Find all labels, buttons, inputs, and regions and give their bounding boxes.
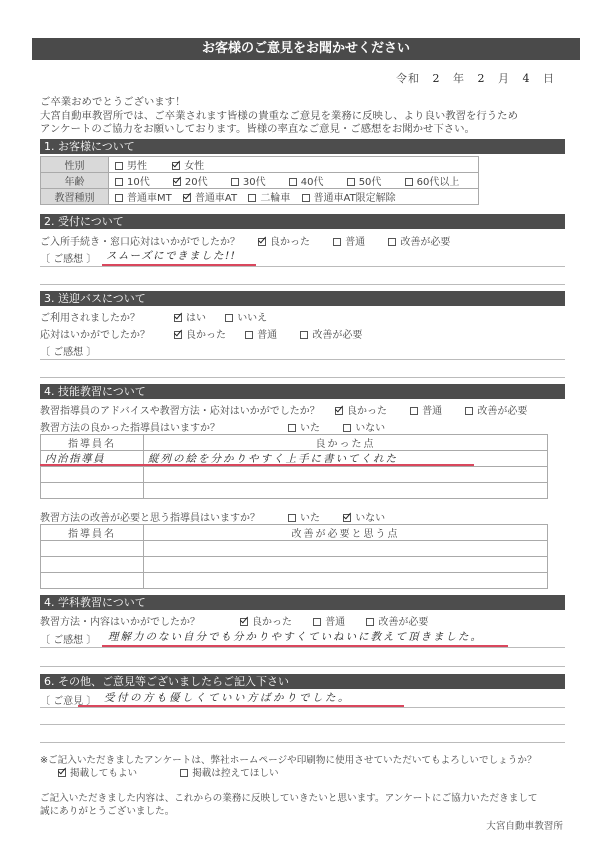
checkbox-instructor-needs-improvement[interactable]	[465, 407, 473, 415]
date-day[interactable]: 4	[523, 72, 531, 85]
option-male[interactable]: 男性	[115, 157, 147, 172]
section-3-header: 3. 送迎バスについて	[40, 291, 565, 306]
col-instructor-name: 指導員名	[41, 525, 144, 541]
checkbox-instructor-good[interactable]	[335, 407, 343, 415]
instructor-name-cell[interactable]	[41, 573, 144, 589]
comment-rule	[40, 377, 565, 378]
improve-instructor-options: いた いない	[288, 509, 397, 524]
table-row	[41, 467, 548, 483]
bus-comment-label: 〔 ご感想 〕	[40, 343, 96, 358]
option-lecture-needs-improvement[interactable]: 改善が必要	[366, 613, 428, 628]
good-instructor-table: 指導員名 良かった点 内治指導員 縦列の絵を分かりやすく上手に書いてくれた	[40, 434, 548, 499]
bus-used-question: ご利用されましたか？	[40, 309, 140, 324]
lecture-options: 良かった 普通 改善が必要	[240, 613, 440, 628]
improvement-point-cell[interactable]	[144, 557, 548, 573]
checkbox-lecture-good[interactable]	[240, 618, 248, 626]
option-age-50s[interactable]: 50代	[347, 173, 382, 188]
instructor-name-cell[interactable]	[41, 557, 144, 573]
good-instructor-options: いた いない	[288, 419, 397, 434]
improve-instructor-question: 教習方法の改善が必要と思う指導員はいますか？	[40, 509, 260, 524]
age-label: 年齢	[41, 173, 109, 189]
table-row	[41, 541, 548, 557]
form-title: お客様のご意見をお聞かせください	[32, 38, 580, 60]
date-line: 令和 2 年 2 月 4 日	[396, 70, 555, 86]
bus-service-options: 良かった 普通 改善が必要	[174, 326, 374, 341]
section-2-header: 2. 受付について	[40, 214, 565, 229]
option-standard-at[interactable]: 普通車AT	[183, 189, 237, 204]
lecture-comment[interactable]: 理解力のない自分でも分かりやすくていねいに教えて頂きました。	[108, 629, 483, 644]
option-at-limit-removal[interactable]: 普通車AT限定解除	[302, 189, 396, 204]
date-month-unit: 月	[498, 72, 510, 85]
table-header-row: 指導員名 改善が必要と思う点	[41, 525, 548, 541]
option-lecture-good[interactable]: 良かった	[240, 613, 292, 628]
option-good-instructor-no[interactable]: いない	[343, 419, 385, 434]
checkbox-motorcycle[interactable]	[248, 194, 256, 202]
date-year[interactable]: 2	[433, 72, 441, 85]
option-bus-needs-improvement[interactable]: 改善が必要	[300, 326, 362, 341]
checkbox-standard-mt[interactable]	[115, 194, 123, 202]
option-age-60s-plus[interactable]: 60代以上	[405, 173, 460, 188]
instructor-name-cell[interactable]	[41, 467, 144, 483]
checkbox-instructor-normal[interactable]	[410, 407, 418, 415]
comment-rule	[40, 266, 565, 267]
option-instructor-normal[interactable]: 普通	[410, 402, 442, 417]
date-day-unit: 日	[543, 72, 555, 85]
checkbox-bus-good[interactable]	[174, 331, 182, 339]
course-type-row: 教習種別 普通車MT 普通車AT 二輪車 普通車AT限定解除	[41, 189, 479, 205]
signature: 大宮自動車教習所	[486, 818, 563, 832]
checkbox-bus-needs-improvement[interactable]	[300, 331, 308, 339]
option-improve-instructor-yes[interactable]: いた	[288, 509, 320, 524]
date-month[interactable]: 2	[478, 72, 486, 85]
lecture-question: 教習方法・内容はいかがでしたか？	[40, 613, 200, 628]
table-row	[41, 483, 548, 499]
table-row	[41, 573, 548, 589]
date-year-unit: 年	[453, 72, 465, 85]
section-6-header: 6. その他、ご意見等ございましたらご記入下さい	[40, 674, 565, 689]
option-motorcycle[interactable]: 二輪車	[248, 189, 290, 204]
comment-rule	[40, 707, 565, 708]
good-point-cell[interactable]	[144, 467, 548, 483]
bus-service-question: 応対はいかがでしたか？	[40, 326, 150, 341]
option-bus-no[interactable]: いいえ	[225, 309, 267, 324]
improvement-point-cell[interactable]	[144, 541, 548, 557]
checkbox-reception-needs-improvement[interactable]	[388, 238, 396, 246]
table-row	[41, 557, 548, 573]
course-type-label: 教習種別	[41, 189, 109, 205]
option-consent-allow[interactable]: 掲載してもよい	[58, 765, 137, 779]
comment-rule	[40, 742, 565, 743]
comment-rule	[40, 647, 565, 648]
checkbox-age-60s-plus[interactable]	[405, 178, 413, 186]
reception-question: ご入所手続き・窓口応対はいかがでしたか？	[40, 233, 240, 248]
intro-text: ご卒業おめでとうございます！大宮自動車教習所では、ご卒業されます皆様の貴重なご意…	[40, 96, 518, 137]
intro-line-2: 大宮自動車教習所では、ご卒業されます皆様の貴重なご意見を業務に反映し、より良い教…	[40, 110, 518, 124]
improvement-point-cell[interactable]	[144, 573, 548, 589]
option-reception-needs-improvement[interactable]: 改善が必要	[388, 233, 450, 248]
checkbox-bus-no[interactable]	[225, 314, 233, 322]
comment-rule	[40, 284, 565, 285]
age-row: 年齢 10代 20代 30代 40代 50代 60代以上	[41, 173, 479, 189]
option-bus-yes[interactable]: はい	[174, 309, 206, 324]
option-age-30s[interactable]: 30代	[231, 173, 266, 188]
option-lecture-normal[interactable]: 普通	[313, 613, 345, 628]
option-age-10s[interactable]: 10代	[115, 173, 150, 188]
reception-comment-label: 〔 ご感想 〕	[40, 250, 96, 265]
intro-line-1: ご卒業おめでとうございます！	[40, 96, 518, 110]
checkbox-age-50s[interactable]	[347, 178, 355, 186]
option-age-40s[interactable]: 40代	[289, 173, 324, 188]
checkbox-male[interactable]	[115, 162, 123, 170]
checkbox-female[interactable]	[172, 162, 180, 170]
section-5-header: 4. 学科教習について	[40, 595, 565, 610]
comment-rule	[40, 359, 565, 360]
lecture-comment-label: 〔 ご感想 〕	[40, 631, 96, 646]
option-instructor-good[interactable]: 良かった	[335, 402, 387, 417]
option-good-instructor-yes[interactable]: いた	[288, 419, 320, 434]
closing-line-1: ご記入いただきました内容は、これからの業務に反映していきたいと思います。アンケー…	[40, 790, 538, 804]
table-header-row: 指導員名 良かった点	[41, 435, 548, 451]
checkbox-lecture-needs-improvement[interactable]	[366, 618, 374, 626]
consent-options: 掲載してもよい 掲載は控えてほしい	[58, 765, 291, 779]
section-4-header: 4. 技能教習について	[40, 384, 565, 399]
bus-used-options: はい いいえ	[174, 309, 279, 324]
col-instructor-name: 指導員名	[41, 435, 144, 451]
other-comment[interactable]: 受付の方も優しくていい方ばかりでした。	[104, 690, 351, 705]
checkbox-good-instructor-no[interactable]	[343, 424, 351, 432]
closing-line-2: 誠にありがとうございました。	[40, 803, 174, 817]
option-instructor-needs-improvement[interactable]: 改善が必要	[465, 402, 527, 417]
reception-comment[interactable]: スムーズにできました!!	[106, 248, 236, 263]
checkbox-age-10s[interactable]	[115, 178, 123, 186]
comment-rule	[40, 724, 565, 725]
customer-info-table: 性別 男性 女性 年齢 10代 20代 30代 40代 50代 60代以上 教習…	[40, 156, 479, 205]
good-point-cell[interactable]	[144, 483, 548, 499]
option-reception-normal[interactable]: 普通	[333, 233, 365, 248]
checkbox-bus-yes[interactable]	[174, 314, 182, 322]
col-improvement-points: 改善が必要と思う点	[144, 525, 548, 541]
instructor-name-cell[interactable]	[41, 541, 144, 557]
checkbox-consent-decline[interactable]	[180, 769, 188, 777]
instructor-name-cell[interactable]	[41, 483, 144, 499]
instructor-options: 良かった 普通 改善が必要	[335, 402, 539, 417]
good-instructor-question: 教習方法の良かった指導員はいますか？	[40, 419, 220, 434]
checkbox-age-30s[interactable]	[231, 178, 239, 186]
checkbox-improve-instructor-no[interactable]	[343, 514, 351, 522]
consent-question: ※ご記入いただきましたアンケートは、弊社ホームページや印刷物に使用させていただい…	[40, 752, 537, 766]
reception-options: 良かった 普通 改善が必要	[258, 233, 462, 248]
col-good-points: 良かった点	[144, 435, 548, 451]
checkbox-age-20s[interactable]	[173, 178, 181, 186]
improve-instructor-table: 指導員名 改善が必要と思う点	[40, 524, 548, 589]
checkbox-reception-good[interactable]	[258, 238, 266, 246]
checkbox-good-instructor-yes[interactable]	[288, 424, 296, 432]
option-standard-mt[interactable]: 普通車MT	[115, 189, 172, 204]
gender-label: 性別	[41, 157, 109, 173]
option-consent-decline[interactable]: 掲載は控えてほしい	[180, 765, 278, 779]
option-reception-good[interactable]: 良かった	[258, 233, 310, 248]
instructor-question: 教習指導員のアドバイスや教習方法・応対はいかがでしたか？	[40, 402, 320, 417]
option-age-20s[interactable]: 20代	[173, 173, 208, 188]
intro-line-3: アンケートのご協力をお願いしております。皆様の率直なご意見・ご感想をお聞かせ下さ…	[40, 123, 518, 137]
checkbox-bus-normal[interactable]	[245, 331, 253, 339]
checkbox-lecture-normal[interactable]	[313, 618, 321, 626]
checkbox-age-40s[interactable]	[289, 178, 297, 186]
option-bus-normal[interactable]: 普通	[245, 326, 277, 341]
option-bus-good[interactable]: 良かった	[174, 326, 226, 341]
checkbox-at-limit-removal[interactable]	[302, 194, 310, 202]
option-improve-instructor-no[interactable]: いない	[343, 509, 385, 524]
option-female[interactable]: 女性	[172, 157, 204, 172]
comment-rule	[40, 666, 565, 667]
highlight-underline	[40, 464, 474, 466]
checkbox-standard-at[interactable]	[183, 194, 191, 202]
section-1-header: 1. お客様について	[40, 139, 565, 154]
checkbox-improve-instructor-yes[interactable]	[288, 514, 296, 522]
checkbox-consent-allow[interactable]	[58, 769, 66, 777]
gender-row: 性別 男性 女性	[41, 157, 479, 173]
date-era: 令和	[396, 72, 420, 85]
checkbox-reception-normal[interactable]	[333, 238, 341, 246]
